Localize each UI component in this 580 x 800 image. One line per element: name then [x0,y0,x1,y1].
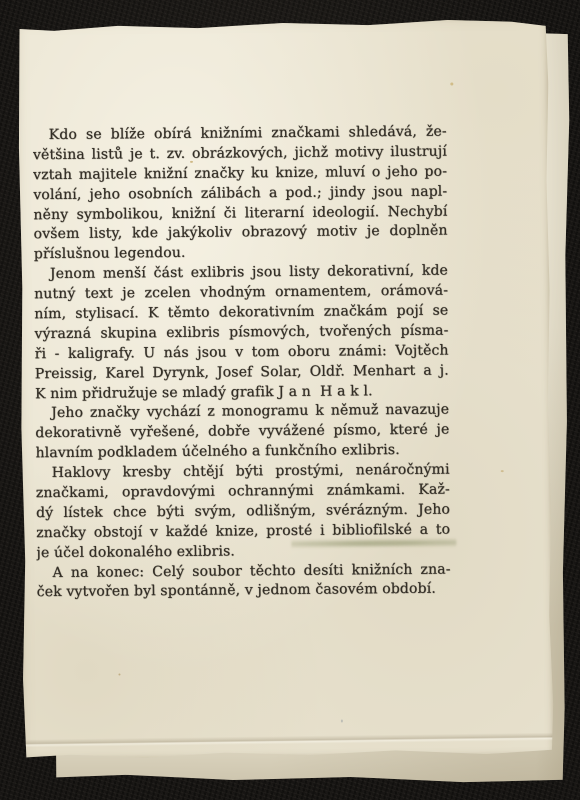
text-line: ček vytvořen byl spontánně, v jednom čas… [37,580,451,604]
paragraph: A na konec: Celý soubor těchto desíti kn… [37,560,451,603]
text-line: ovšem listy, kde jakýkoliv obrazový moti… [34,222,448,246]
paragraph: Jeho značky vychází z monogramu k němuž … [35,401,450,464]
bottom-crease [23,733,555,748]
paper-speck [501,470,504,472]
paper-speck [118,673,120,675]
text-line: Preissig, Karel Dyrynk, Josef Solar, Old… [35,361,449,385]
page-text: Kdo se blíže obírá knižními značkami shl… [33,123,451,604]
paragraph: Kdo se blíže obírá knižními značkami shl… [33,123,448,266]
paper-speck [341,720,343,723]
front-paper-sheet: Kdo se blíže obírá knižními značkami shl… [17,18,555,761]
paper-speck [450,83,453,86]
scan-photo: { "scene": { "background_color": "#17151… [0,0,580,800]
paragraph: Jenom menší část exlibris jsou listy dek… [34,262,449,405]
paragraph: Haklovy kresby chtějí býti prostými, nen… [36,461,451,564]
text-line: značky obstojí v každé knize, prosté i b… [36,520,450,544]
